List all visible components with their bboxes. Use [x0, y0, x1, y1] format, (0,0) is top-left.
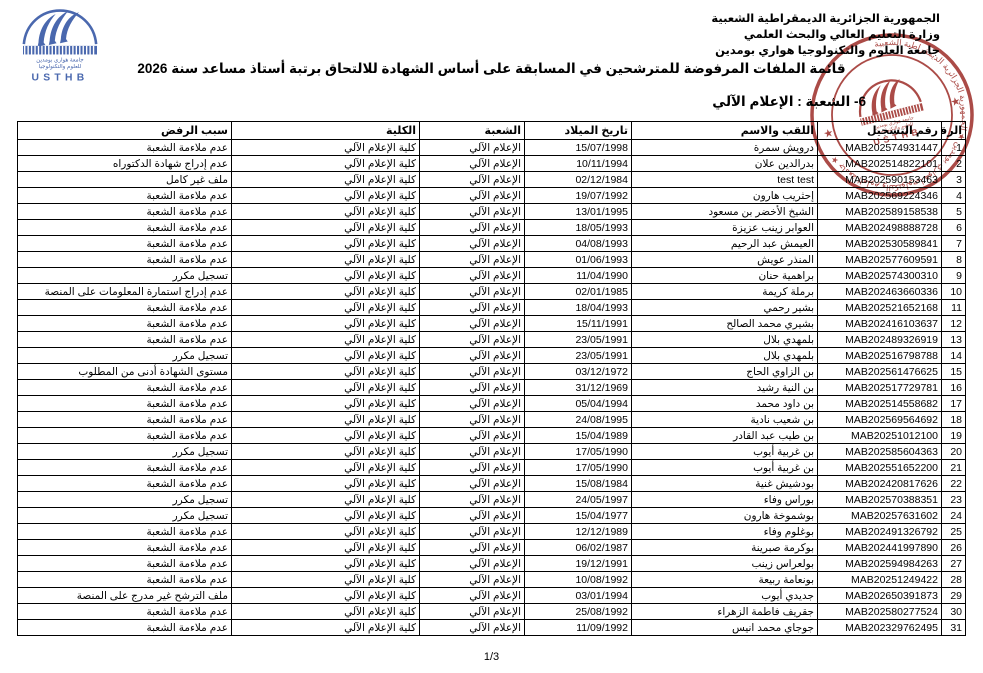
faculty-cell: كلية الإعلام الآلي: [232, 572, 420, 588]
branch-cell: الإعلام الآلي: [420, 204, 525, 220]
branch-cell: الإعلام الآلي: [420, 412, 525, 428]
branch-cell: الإعلام الآلي: [420, 396, 525, 412]
faculty-cell: كلية الإعلام الآلي: [232, 172, 420, 188]
rejection-reason-cell: ملف غير كامل: [18, 172, 232, 188]
table-body: 1MAB202574931447درويش سمرة15/07/1998الإع…: [18, 140, 966, 636]
registration-number-cell: MAB202574300310: [818, 268, 942, 284]
registration-number-cell: MAB202594984263: [818, 556, 942, 572]
registration-number-cell: MAB202569564692: [818, 412, 942, 428]
rejection-reason-cell: عدم إدراج استمارة المعلومات على المنصة: [18, 284, 232, 300]
table-row: 19MAB20251012100بن طيب عبد القادر15/04/1…: [18, 428, 966, 444]
table-header-row: الرقم رقم التسجيل اللقب والاسم تاريخ الم…: [18, 122, 966, 140]
registration-number-cell: MAB202650391873: [818, 588, 942, 604]
branch-cell: الإعلام الآلي: [420, 620, 525, 636]
rejection-reason-cell: عدم ملاءمة الشعبة: [18, 572, 232, 588]
rejection-reason-cell: تسجيل مكرر: [18, 268, 232, 284]
faculty-cell: كلية الإعلام الآلي: [232, 540, 420, 556]
branch-cell: الإعلام الآلي: [420, 172, 525, 188]
birthdate-cell: 18/04/1993: [525, 300, 632, 316]
row-number-cell: 17: [942, 396, 966, 412]
table-row: 24MAB20257631602بوشموخة هارون15/04/1977ا…: [18, 508, 966, 524]
name-cell: براهمية حنان: [632, 268, 818, 284]
registration-number-cell: MAB202590153463: [818, 172, 942, 188]
rejection-reason-cell: تسجيل مكرر: [18, 492, 232, 508]
birthdate-cell: 15/07/1998: [525, 140, 632, 156]
row-number-cell: 19: [942, 428, 966, 444]
rejection-reason-cell: عدم ملاءمة الشعبة: [18, 524, 232, 540]
birthdate-cell: 15/04/1977: [525, 508, 632, 524]
faculty-cell: كلية الإعلام الآلي: [232, 316, 420, 332]
faculty-cell: كلية الإعلام الآلي: [232, 380, 420, 396]
table-row: 22MAB202420817626بودشيش غنية15/08/1984ال…: [18, 476, 966, 492]
rejection-reason-cell: عدم ملاءمة الشعبة: [18, 476, 232, 492]
registration-number-cell: MAB202551652200: [818, 460, 942, 476]
faculty-cell: كلية الإعلام الآلي: [232, 524, 420, 540]
registration-number-cell: MAB202570388351: [818, 492, 942, 508]
registration-number-cell: MAB202498888728: [818, 220, 942, 236]
col-header-registration: رقم التسجيل: [818, 122, 942, 140]
table-row: 1MAB202574931447درويش سمرة15/07/1998الإع…: [18, 140, 966, 156]
ministry-header: الجمهورية الجزائرية الديمقراطية الشعبية …: [711, 11, 940, 59]
registration-number-cell: MAB202580277524: [818, 604, 942, 620]
name-cell: جديدي أيوب: [632, 588, 818, 604]
table-row: 27MAB202594984263بولعراس زينب19/12/1991ا…: [18, 556, 966, 572]
name-cell: بن داود محمد: [632, 396, 818, 412]
row-number-cell: 7: [942, 236, 966, 252]
row-number-cell: 23: [942, 492, 966, 508]
birthdate-cell: 03/12/1972: [525, 364, 632, 380]
faculty-cell: كلية الإعلام الآلي: [232, 556, 420, 572]
branch-cell: الإعلام الآلي: [420, 572, 525, 588]
rejection-reason-cell: عدم ملاءمة الشعبة: [18, 380, 232, 396]
table-row: 2MAB202514822101بدرالدين علان10/11/1994ا…: [18, 156, 966, 172]
row-number-cell: 27: [942, 556, 966, 572]
birthdate-cell: 31/12/1969: [525, 380, 632, 396]
birthdate-cell: 23/05/1991: [525, 348, 632, 364]
branch-cell: الإعلام الآلي: [420, 604, 525, 620]
birthdate-cell: 02/12/1984: [525, 172, 632, 188]
col-header-branch: الشعبة: [420, 122, 525, 140]
faculty-cell: كلية الإعلام الآلي: [232, 508, 420, 524]
name-cell: بلمهدي بلال: [632, 332, 818, 348]
name-cell: بشير رحمي: [632, 300, 818, 316]
row-number-cell: 3: [942, 172, 966, 188]
branch-cell: الإعلام الآلي: [420, 316, 525, 332]
branch-cell: الإعلام الآلي: [420, 364, 525, 380]
registration-number-cell: MAB202489326919: [818, 332, 942, 348]
faculty-cell: كلية الإعلام الآلي: [232, 412, 420, 428]
rejection-reason-cell: عدم ملاءمة الشعبة: [18, 252, 232, 268]
col-header-number: الرقم: [942, 122, 966, 140]
faculty-cell: كلية الإعلام الآلي: [232, 396, 420, 412]
table-row: 6MAB202498888728العوابر زينب عزيزة18/05/…: [18, 220, 966, 236]
registration-number-cell: MAB202574931447: [818, 140, 942, 156]
faculty-cell: كلية الإعلام الآلي: [232, 348, 420, 364]
table-row: 13MAB202489326919بلمهدي بلال23/05/1991ال…: [18, 332, 966, 348]
faculty-cell: كلية الإعلام الآلي: [232, 332, 420, 348]
branch-cell: الإعلام الآلي: [420, 380, 525, 396]
page-number: 1/3: [0, 651, 983, 663]
birthdate-cell: 19/07/1992: [525, 188, 632, 204]
row-number-cell: 8: [942, 252, 966, 268]
birthdate-cell: 17/05/1990: [525, 460, 632, 476]
rejection-reason-cell: تسجيل مكرر: [18, 508, 232, 524]
faculty-cell: كلية الإعلام الآلي: [232, 268, 420, 284]
page-title: قائمة الملفات المرفوضة للمترشحين في المس…: [0, 61, 983, 77]
rejection-reason-cell: عدم ملاءمة الشعبة: [18, 140, 232, 156]
birthdate-cell: 12/12/1989: [525, 524, 632, 540]
branch-cell: الإعلام الآلي: [420, 492, 525, 508]
branch-cell: الإعلام الآلي: [420, 540, 525, 556]
name-cell: جوجاي محمد انيس: [632, 620, 818, 636]
table-row: 15MAB202561476625بن الزاوي الحاج03/12/19…: [18, 364, 966, 380]
branch-cell: الإعلام الآلي: [420, 220, 525, 236]
table-row: 30MAB202580277524جقريف فاطمة الزهراء25/0…: [18, 604, 966, 620]
branch-cell: الإعلام الآلي: [420, 252, 525, 268]
name-cell: بن غربية أيوب: [632, 444, 818, 460]
faculty-cell: كلية الإعلام الآلي: [232, 220, 420, 236]
row-number-cell: 10: [942, 284, 966, 300]
rejection-reason-cell: عدم ملاءمة الشعبة: [18, 412, 232, 428]
branch-cell: الإعلام الآلي: [420, 348, 525, 364]
rejection-reason-cell: تسجيل مكرر: [18, 348, 232, 364]
birthdate-cell: 06/02/1987: [525, 540, 632, 556]
rejection-reason-cell: عدم إدراج شهادة الدكتوراه: [18, 156, 232, 172]
row-number-cell: 26: [942, 540, 966, 556]
rejection-reason-cell: عدم ملاءمة الشعبة: [18, 316, 232, 332]
birthdate-cell: 10/08/1992: [525, 572, 632, 588]
name-cell: بونعامة ربيعة: [632, 572, 818, 588]
branch-cell: الإعلام الآلي: [420, 508, 525, 524]
faculty-cell: كلية الإعلام الآلي: [232, 236, 420, 252]
registration-number-cell: MAB20257631602: [818, 508, 942, 524]
row-number-cell: 15: [942, 364, 966, 380]
name-cell: بودشيش غنية: [632, 476, 818, 492]
registration-number-cell: MAB202516798788: [818, 348, 942, 364]
registration-number-cell: MAB202517729781: [818, 380, 942, 396]
branch-cell: الإعلام الآلي: [420, 300, 525, 316]
name-cell: بلمهدي بلال: [632, 348, 818, 364]
registration-number-cell: MAB202577609591: [818, 252, 942, 268]
table-row: 5MAB202589158538الشيخ الأخضر بن مسعود13/…: [18, 204, 966, 220]
birthdate-cell: 18/05/1993: [525, 220, 632, 236]
table-row: 28MAB20251249422بونعامة ربيعة10/08/1992ا…: [18, 572, 966, 588]
birthdate-cell: 10/11/1994: [525, 156, 632, 172]
table-row: 25MAB202491326792بوغلوم وفاء12/12/1989ال…: [18, 524, 966, 540]
row-number-cell: 24: [942, 508, 966, 524]
rejection-reason-cell: عدم ملاءمة الشعبة: [18, 556, 232, 572]
name-cell: بوراس وفاء: [632, 492, 818, 508]
row-number-cell: 20: [942, 444, 966, 460]
row-number-cell: 1: [942, 140, 966, 156]
rejected-candidates-table: الرقم رقم التسجيل اللقب والاسم تاريخ الم…: [17, 121, 966, 636]
branch-cell: الإعلام الآلي: [420, 332, 525, 348]
row-number-cell: 30: [942, 604, 966, 620]
faculty-cell: كلية الإعلام الآلي: [232, 460, 420, 476]
table-row: 3MAB202590153463test test02/12/1984الإعل…: [18, 172, 966, 188]
rejection-reason-cell: عدم ملاءمة الشعبة: [18, 332, 232, 348]
rejection-reason-cell: عدم ملاءمة الشعبة: [18, 236, 232, 252]
table-row: 31MAB202329762495جوجاي محمد انيس11/09/19…: [18, 620, 966, 636]
row-number-cell: 18: [942, 412, 966, 428]
name-cell: بن شعيب نادية: [632, 412, 818, 428]
name-cell: بن الزاوي الحاج: [632, 364, 818, 380]
name-cell: برملة كريمة: [632, 284, 818, 300]
org-line-republic: الجمهورية الجزائرية الديمقراطية الشعبية: [711, 11, 940, 27]
faculty-cell: كلية الإعلام الآلي: [232, 156, 420, 172]
branch-cell: الإعلام الآلي: [420, 460, 525, 476]
birthdate-cell: 25/08/1992: [525, 604, 632, 620]
faculty-cell: كلية الإعلام الآلي: [232, 284, 420, 300]
birthdate-cell: 11/04/1990: [525, 268, 632, 284]
birthdate-cell: 17/05/1990: [525, 444, 632, 460]
rejection-reason-cell: تسجيل مكرر: [18, 444, 232, 460]
branch-cell: الإعلام الآلي: [420, 428, 525, 444]
branch-cell: الإعلام الآلي: [420, 284, 525, 300]
table-row: 26MAB202441997890بوكرمة صبرينة06/02/1987…: [18, 540, 966, 556]
name-cell: درويش سمرة: [632, 140, 818, 156]
branch-cell: الإعلام الآلي: [420, 556, 525, 572]
rejection-reason-cell: عدم ملاءمة الشعبة: [18, 220, 232, 236]
registration-number-cell: MAB202585604363: [818, 444, 942, 460]
table-row: 10MAB202463660336برملة كريمة02/01/1985ال…: [18, 284, 966, 300]
row-number-cell: 21: [942, 460, 966, 476]
name-cell: بن طيب عبد القادر: [632, 428, 818, 444]
name-cell: test test: [632, 172, 818, 188]
birthdate-cell: 04/08/1993: [525, 236, 632, 252]
faculty-cell: كلية الإعلام الآلي: [232, 364, 420, 380]
birthdate-cell: 19/12/1991: [525, 556, 632, 572]
rejection-reason-cell: عدم ملاءمة الشعبة: [18, 188, 232, 204]
row-number-cell: 9: [942, 268, 966, 284]
rejection-reason-cell: ملف الترشح غير مدرج على المنصة: [18, 588, 232, 604]
row-number-cell: 4: [942, 188, 966, 204]
birthdate-cell: 02/01/1985: [525, 284, 632, 300]
faculty-cell: كلية الإعلام الآلي: [232, 188, 420, 204]
name-cell: بن النية رشيد: [632, 380, 818, 396]
name-cell: بوغلوم وفاء: [632, 524, 818, 540]
name-cell: العيمش عبد الرحيم: [632, 236, 818, 252]
branch-subtitle: 6- الشعبة : الإعلام الآلي: [712, 94, 866, 110]
table-row: 9MAB202574300310براهمية حنان11/04/1990ال…: [18, 268, 966, 284]
name-cell: إحثريب هارون: [632, 188, 818, 204]
registration-number-cell: MAB202561476625: [818, 364, 942, 380]
table-row: 7MAB202530589841العيمش عبد الرحيم04/08/1…: [18, 236, 966, 252]
rejection-reason-cell: عدم ملاءمة الشعبة: [18, 428, 232, 444]
table-row: 14MAB202516798788بلمهدي بلال23/05/1991ال…: [18, 348, 966, 364]
col-header-birthdate: تاريخ الميلاد: [525, 122, 632, 140]
rejection-reason-cell: عدم ملاءمة الشعبة: [18, 300, 232, 316]
table-row: 29MAB202650391873جديدي أيوب03/01/1994الإ…: [18, 588, 966, 604]
birthdate-cell: 13/01/1995: [525, 204, 632, 220]
branch-cell: الإعلام الآلي: [420, 140, 525, 156]
birthdate-cell: 24/08/1995: [525, 412, 632, 428]
name-cell: المنذر عويش: [632, 252, 818, 268]
row-number-cell: 12: [942, 316, 966, 332]
row-number-cell: 13: [942, 332, 966, 348]
row-number-cell: 22: [942, 476, 966, 492]
row-number-cell: 5: [942, 204, 966, 220]
name-cell: الشيخ الأخضر بن مسعود: [632, 204, 818, 220]
faculty-cell: كلية الإعلام الآلي: [232, 444, 420, 460]
table-row: 11MAB202521652168بشير رحمي18/04/1993الإع…: [18, 300, 966, 316]
row-number-cell: 31: [942, 620, 966, 636]
rejection-reason-cell: عدم ملاءمة الشعبة: [18, 540, 232, 556]
rejection-reason-cell: عدم ملاءمة الشعبة: [18, 604, 232, 620]
document-page: الجمهورية الجزائرية الديمقراطية الشعبية …: [0, 0, 983, 673]
name-cell: بولعراس زينب: [632, 556, 818, 572]
registration-number-cell: MAB202589158538: [818, 204, 942, 220]
faculty-cell: كلية الإعلام الآلي: [232, 492, 420, 508]
branch-cell: الإعلام الآلي: [420, 188, 525, 204]
row-number-cell: 2: [942, 156, 966, 172]
registration-number-cell: MAB202491326792: [818, 524, 942, 540]
birthdate-cell: 24/05/1997: [525, 492, 632, 508]
table-row: 21MAB202551652200بن غربية أيوب17/05/1990…: [18, 460, 966, 476]
name-cell: بدرالدين علان: [632, 156, 818, 172]
name-cell: بوكرمة صبرينة: [632, 540, 818, 556]
registration-number-cell: MAB202514558682: [818, 396, 942, 412]
branch-cell: الإعلام الآلي: [420, 524, 525, 540]
table-row: 18MAB202569564692بن شعيب نادية24/08/1995…: [18, 412, 966, 428]
row-number-cell: 25: [942, 524, 966, 540]
col-header-name: اللقب والاسم: [632, 122, 818, 140]
registration-number-cell: MAB202521652168: [818, 300, 942, 316]
faculty-cell: كلية الإعلام الآلي: [232, 252, 420, 268]
birthdate-cell: 05/04/1994: [525, 396, 632, 412]
branch-cell: الإعلام الآلي: [420, 268, 525, 284]
row-number-cell: 11: [942, 300, 966, 316]
faculty-cell: كلية الإعلام الآلي: [232, 588, 420, 604]
registration-number-cell: MAB202463660336: [818, 284, 942, 300]
name-cell: العوابر زينب عزيزة: [632, 220, 818, 236]
birthdate-cell: 15/08/1984: [525, 476, 632, 492]
col-header-faculty: الكلية: [232, 122, 420, 140]
rejection-reason-cell: مستوى الشهادة أدنى من المطلوب: [18, 364, 232, 380]
birthdate-cell: 03/01/1994: [525, 588, 632, 604]
name-cell: جقريف فاطمة الزهراء: [632, 604, 818, 620]
faculty-cell: كلية الإعلام الآلي: [232, 204, 420, 220]
table-row: 23MAB202570388351بوراس وفاء24/05/1997الإ…: [18, 492, 966, 508]
faculty-cell: كلية الإعلام الآلي: [232, 428, 420, 444]
registration-number-cell: MAB202329762495: [818, 620, 942, 636]
registration-number-cell: MAB20251249422: [818, 572, 942, 588]
row-number-cell: 29: [942, 588, 966, 604]
table-row: 20MAB202585604363بن غربية أيوب17/05/1990…: [18, 444, 966, 460]
rejection-reason-cell: عدم ملاءمة الشعبة: [18, 396, 232, 412]
branch-cell: الإعلام الآلي: [420, 476, 525, 492]
birthdate-cell: 11/09/1992: [525, 620, 632, 636]
faculty-cell: كلية الإعلام الآلي: [232, 620, 420, 636]
registration-number-cell: MAB202514822101: [818, 156, 942, 172]
branch-cell: الإعلام الآلي: [420, 588, 525, 604]
birthdate-cell: 01/06/1993: [525, 252, 632, 268]
registration-number-cell: MAB202441997890: [818, 540, 942, 556]
row-number-cell: 14: [942, 348, 966, 364]
birthdate-cell: 15/04/1989: [525, 428, 632, 444]
name-cell: بن غربية أيوب: [632, 460, 818, 476]
name-cell: بوشموخة هارون: [632, 508, 818, 524]
branch-cell: الإعلام الآلي: [420, 236, 525, 252]
row-number-cell: 6: [942, 220, 966, 236]
registration-number-cell: MAB202416103637: [818, 316, 942, 332]
birthdate-cell: 15/11/1991: [525, 316, 632, 332]
table-row: 16MAB202517729781بن النية رشيد31/12/1969…: [18, 380, 966, 396]
table-row: 12MAB202416103637بشيري محمد الصالح15/11/…: [18, 316, 966, 332]
registration-number-cell: MAB202420817626: [818, 476, 942, 492]
stamp-star-right-icon: ★: [949, 95, 962, 109]
row-number-cell: 16: [942, 380, 966, 396]
table-row: 17MAB202514558682بن داود محمد05/04/1994ا…: [18, 396, 966, 412]
org-line-ministry: وزارة التعليم العالي والبحث العلمي: [711, 27, 940, 43]
faculty-cell: كلية الإعلام الآلي: [232, 476, 420, 492]
birthdate-cell: 23/05/1991: [525, 332, 632, 348]
rejection-reason-cell: عدم ملاءمة الشعبة: [18, 620, 232, 636]
name-cell: بشيري محمد الصالح: [632, 316, 818, 332]
rejection-reason-cell: عدم ملاءمة الشعبة: [18, 460, 232, 476]
branch-cell: الإعلام الآلي: [420, 156, 525, 172]
branch-cell: الإعلام الآلي: [420, 444, 525, 460]
org-line-university: جامعة العلوم والتكنولوجيا هواري بومدين: [711, 43, 940, 59]
faculty-cell: كلية الإعلام الآلي: [232, 604, 420, 620]
row-number-cell: 28: [942, 572, 966, 588]
table-row: 4MAB202569224346إحثريب هارون19/07/1992ال…: [18, 188, 966, 204]
registration-number-cell: MAB202530589841: [818, 236, 942, 252]
col-header-reason: سبب الرفض: [18, 122, 232, 140]
faculty-cell: كلية الإعلام الآلي: [232, 300, 420, 316]
registration-number-cell: MAB202569224346: [818, 188, 942, 204]
faculty-cell: كلية الإعلام الآلي: [232, 140, 420, 156]
registration-number-cell: MAB20251012100: [818, 428, 942, 444]
rejection-reason-cell: عدم ملاءمة الشعبة: [18, 204, 232, 220]
table-row: 8MAB202577609591المنذر عويش01/06/1993الإ…: [18, 252, 966, 268]
